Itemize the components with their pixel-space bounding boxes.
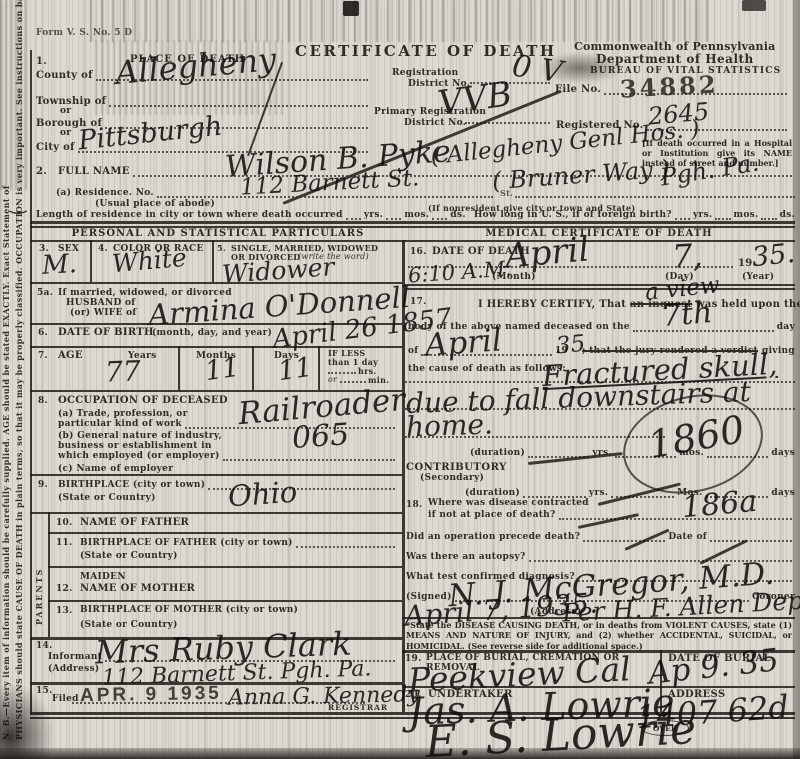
- dob-label2: (month, day, and year): [152, 328, 272, 338]
- father-bp-label2: (State or Country): [80, 551, 178, 561]
- residence-dots2: [515, 196, 795, 198]
- form-number: Form V. S. No. 5 D: [36, 28, 132, 38]
- informant-label: Informant: [48, 652, 102, 662]
- age-div1: [178, 346, 180, 390]
- occupation-a1: (a) Trade, profession, or: [58, 409, 188, 419]
- length-of-residence-line: Length of residence in city or town wher…: [36, 210, 795, 220]
- father-bp-no: 11.: [56, 538, 73, 548]
- mother-label2: NAME OF MOTHER: [80, 583, 195, 594]
- full-name-no: 2.: [36, 166, 47, 177]
- or-label-2: or: [60, 128, 71, 138]
- occupation-no: 8.: [38, 396, 48, 406]
- registration-mark1: 0 V: [510, 52, 564, 89]
- rule-below-dod: [405, 284, 795, 286]
- ink-blot-top1: [343, 1, 359, 16]
- certify-line2b: day: [777, 322, 795, 332]
- contributory-yrs: yrs.: [589, 488, 608, 498]
- ink-blot-top2: [742, 0, 766, 11]
- form-left-border: [30, 50, 32, 715]
- contributory-days: days: [771, 488, 795, 498]
- abode-note: (Usual place of abode): [95, 199, 215, 209]
- place-of-death-no: 1.: [36, 56, 47, 67]
- dod-year-prefix: 19: [738, 258, 753, 269]
- spouse-no: 5a.: [37, 288, 53, 298]
- death-certificate-scan: N. B.—Every item of information should b…: [0, 0, 800, 759]
- mother-bp-label: BIRTHPLACE OF MOTHER (city or town): [80, 605, 298, 615]
- us-ds: ds.: [780, 210, 795, 220]
- full-name-label: FULL NAME: [58, 166, 130, 177]
- occupation-b3: which employed (or employer): [58, 451, 220, 461]
- rule-below-dod2: [405, 288, 795, 290]
- occupation-b1: (b) General nature of industry,: [58, 431, 222, 441]
- registrar-label: REGISTRAR: [328, 703, 388, 712]
- divider-top: [30, 221, 795, 224]
- father-bp-label: BIRTHPLACE OF FATHER (city or town): [80, 538, 293, 548]
- us-yrs: yrs.: [693, 210, 712, 220]
- marital-no: 5.: [217, 243, 226, 253]
- autopsy-label: Was there an autopsy?: [406, 552, 526, 562]
- dod-month-value: April: [504, 232, 591, 273]
- certify-line1a: I HEREBY CERTIFY, That: [478, 299, 626, 310]
- file-no-label: File No.: [555, 84, 601, 95]
- certify-hand3: April: [424, 325, 503, 361]
- age-div3: [318, 346, 320, 390]
- rule-below-birthplace: [30, 512, 402, 514]
- operation-date-label: Date of: [668, 532, 707, 542]
- father-no: 10.: [56, 518, 73, 528]
- certify-hand4: 35: [555, 333, 587, 359]
- mother-bp-no: 13.: [56, 606, 73, 616]
- length-label: Length of residence in city or town wher…: [36, 210, 343, 220]
- left-section-heading: PERSONAL AND STATISTICAL PARTICULARS: [36, 228, 400, 239]
- occupation-a2: particular kind of work: [58, 419, 182, 429]
- rule-above-fineprint: [402, 617, 795, 619]
- color-marital-divider: [212, 240, 214, 282]
- certify-no: 17.: [410, 297, 427, 307]
- residence-label: (a) Residence. No.: [56, 188, 154, 198]
- length-ds: ds.: [450, 210, 465, 220]
- contributory-label: CONTRIBUTORY: [406, 462, 507, 473]
- rule-below-father: [48, 532, 402, 534]
- age-days-value: 11: [276, 354, 314, 386]
- margin-note-inner: PHYSICIANS should state CAUSE OF DEATH i…: [14, 40, 24, 740]
- age-no: 7.: [38, 351, 48, 361]
- registration-label1: Registration: [392, 68, 458, 78]
- informant-address-label: (Address): [48, 664, 99, 674]
- certify-hand2: 7th: [661, 298, 714, 332]
- occupation-b-value: 065: [291, 420, 350, 454]
- cause-duration-label: (duration): [470, 448, 525, 458]
- filed-no: 15.: [36, 686, 53, 696]
- color-no: 4.: [98, 244, 108, 254]
- margin-check-mark: ‿: [10, 192, 26, 212]
- contributory-label2: (Secondary): [420, 473, 484, 483]
- father-label: NAME OF FATHER: [80, 517, 189, 528]
- dob-label: DATE OF BIRTH: [58, 327, 154, 338]
- parents-label: PARENTS: [34, 545, 44, 625]
- q18-label2: if not at place of death?: [428, 510, 556, 520]
- agency-line2: Department of Health: [596, 52, 754, 66]
- age-less-or: or: [328, 375, 337, 384]
- operation-label: Did an operation precede death?: [406, 532, 580, 542]
- undertaker-overflow-signature: E. S. Lowrie: [424, 707, 697, 759]
- margin-note-outer: N. B.—Every item of information should b…: [1, 40, 11, 740]
- city-label: City of: [36, 142, 75, 153]
- scan-edge-right: [793, 0, 800, 759]
- mother-bp-label2: (State or Country): [80, 620, 178, 630]
- parents-divider: [48, 512, 50, 637]
- occupation-label: OCCUPATION OF DECEASED: [58, 395, 228, 406]
- birthplace-value: Ohio: [227, 478, 298, 512]
- length-mos: mos.: [404, 210, 429, 220]
- q18-value: 186a: [681, 487, 758, 523]
- right-section-heading: MEDICAL CERTIFICATE OF DEATH: [405, 228, 793, 239]
- informant-no: 14.: [36, 641, 53, 651]
- spouse-label2: HUSBAND of: [66, 298, 135, 308]
- q18-no: 18.: [406, 500, 423, 510]
- filed-dots: [72, 702, 222, 704]
- occupation-c1: (c) Name of employer: [58, 464, 173, 474]
- residence-alley-value: ( Bruner Way ): [491, 157, 670, 193]
- birthplace-label: BIRTHPLACE (city or town): [58, 480, 205, 490]
- sex-color-divider: [90, 240, 92, 282]
- dod-no: 16.: [410, 247, 427, 257]
- dod-year-value: 35.: [751, 240, 797, 271]
- dod-year-label: (Year): [742, 272, 774, 282]
- length-yrs: yrs.: [364, 210, 383, 220]
- less-dots1: [328, 372, 356, 374]
- dod-day-value: 7,: [671, 239, 703, 273]
- township-line: Township of: [36, 96, 371, 107]
- less-dots2: [340, 381, 366, 383]
- cause-days: days: [771, 448, 795, 458]
- county-value: Allegheny: [114, 43, 277, 89]
- dob-no: 6.: [38, 328, 48, 338]
- mother-no: 12.: [56, 584, 73, 594]
- us-length-label: How long in U. S., if of foreign birth?: [474, 210, 672, 220]
- age-months-value: 11: [203, 354, 241, 386]
- county-label: County of: [36, 70, 93, 81]
- scan-streak-top: [90, 0, 710, 42]
- cause-value3: home.: [406, 410, 494, 441]
- occupation-b2: business or establishment in: [58, 441, 212, 451]
- age-years-value: 77: [105, 357, 142, 386]
- age-label: AGE: [58, 350, 83, 361]
- mother-label1: MAIDEN: [80, 572, 126, 582]
- registrar-signature: Anna G. Kennedy: [228, 684, 420, 709]
- us-mos: mos.: [734, 210, 759, 220]
- or-label-1: or: [60, 106, 71, 116]
- birthplace-label2: (State or Country): [58, 493, 156, 503]
- rule-below-mother: [48, 600, 402, 602]
- rule-below-father-bp: [48, 566, 402, 568]
- spouse-label3: (or) WIFE of: [70, 308, 137, 318]
- q18-label1: Where was disease contracted: [428, 498, 589, 508]
- sex-value: M.: [41, 251, 77, 279]
- certify-line1: I HEREBY CERTIFY, That an inquest was he…: [478, 299, 800, 310]
- age-div2: [252, 346, 254, 390]
- birthplace-no: 9.: [38, 480, 48, 490]
- rule-below-occupation: [30, 474, 402, 476]
- dod-month-label: (Month): [492, 272, 536, 282]
- certify-line3a: of: [408, 346, 418, 356]
- contributory-duration-label: (duration): [465, 488, 520, 498]
- color-value: White: [111, 245, 188, 276]
